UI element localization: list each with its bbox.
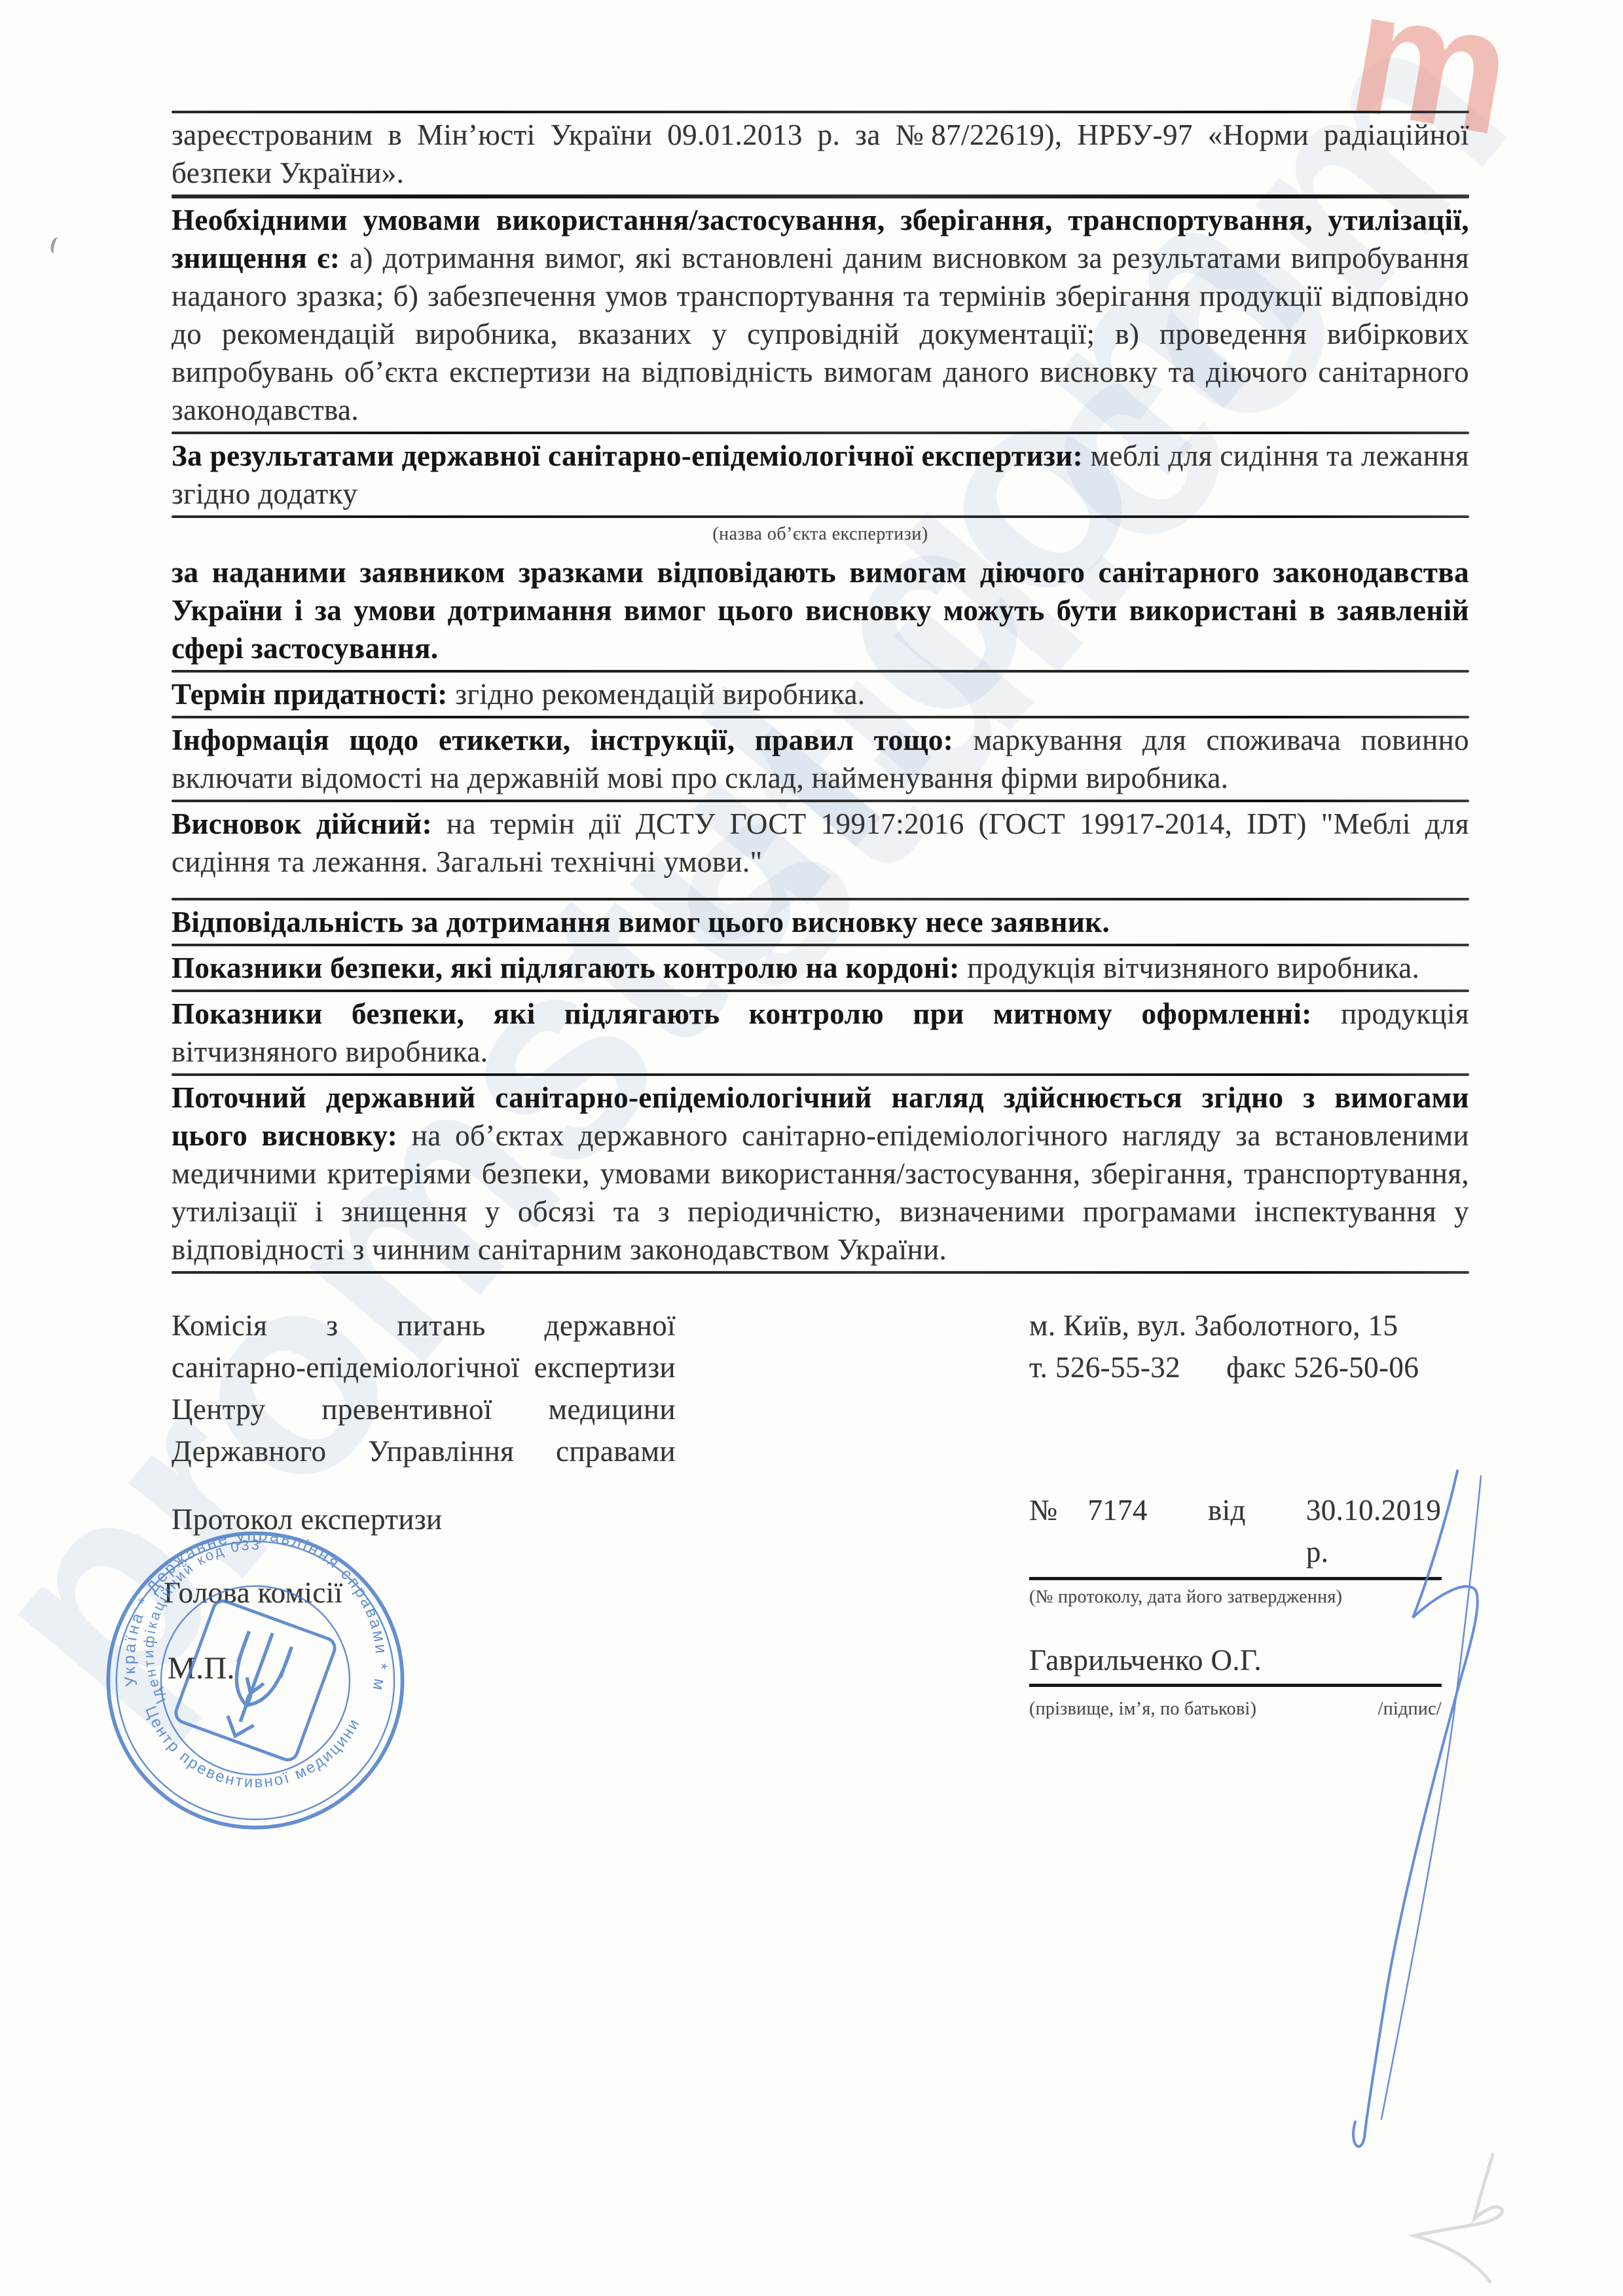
scan-artifact-mark <box>49 236 63 255</box>
commission-line: Центру превентивної медицини <box>172 1388 676 1430</box>
shelf-life-value: згідно рекомендацій виробника. <box>455 678 865 711</box>
section-divider <box>172 670 1469 673</box>
section-divider <box>172 944 1469 946</box>
section-divider <box>172 990 1469 992</box>
svg-text:Ідентифікаційний код 033: Ідентифікаційний код 033 <box>140 1536 261 1707</box>
validity-label: Висновок дійсний: <box>172 807 432 840</box>
name-caption: (прізвище, ім’я, по батькові) <box>1029 1697 1256 1721</box>
stamp-inner-arc-text: Ідентифікаційний код 033 <box>140 1536 261 1707</box>
border-control-value: продукція вітчизняного виробника. <box>967 952 1419 984</box>
paragraph-border-control: Показники безпеки, які підлягають контро… <box>172 949 1469 987</box>
commission-line: санітарно-епідеміологічної експертизи <box>172 1346 676 1388</box>
object-name-caption: (назва об’єкта експертизи) <box>172 522 1469 547</box>
protocol-vid: від <box>1208 1489 1246 1531</box>
phone-number: т. 526-55-32 <box>1029 1346 1180 1388</box>
paragraph-label-info: Інформація щодо етикетки, інструкції, пр… <box>172 721 1469 797</box>
section-divider <box>172 194 1469 198</box>
results-label: За результатами державної санітарно-епід… <box>172 439 1083 472</box>
paragraph-expertise-results: За результатами державної санітарно-епід… <box>172 437 1469 513</box>
commission-block: Комісія з питань державної санітарно-епі… <box>172 1305 676 1472</box>
fax-number: факс 526-50-06 <box>1226 1346 1419 1388</box>
address-line: м. Київ, вул. Заболотного, 15 <box>1029 1305 1469 1346</box>
paragraph-conditions: Необхідними умовами використання/застосу… <box>172 201 1469 429</box>
conditions-value: а) дотримання вимог, які встановлені дан… <box>172 242 1469 426</box>
protocol-no-sign: № <box>1029 1489 1057 1531</box>
official-round-stamp: Україна * Державне управління справами *… <box>98 1523 412 1838</box>
paragraph-current-supervision: Поточний державний санітарно-епідеміолог… <box>172 1079 1469 1268</box>
handwritten-signature <box>1296 1460 1558 2181</box>
address-block: м. Київ, вул. Заболотного, 15 т. 526-55-… <box>1029 1305 1469 1388</box>
section-divider <box>172 111 1469 113</box>
phone-fax-row: т. 526-55-32 факс 526-50-06 <box>1029 1346 1469 1388</box>
stamp-diamond <box>173 1598 337 1762</box>
paragraph-responsibility: Відповідальність за дотримання вимог цьо… <box>172 903 1469 941</box>
section-divider <box>172 716 1469 718</box>
section-divider <box>172 800 1469 802</box>
paragraph-samples: за наданими заявником зразками відповіда… <box>172 553 1469 667</box>
section-divider <box>172 515 1469 518</box>
responsibility-text: Відповідальність за дотримання вимог цьо… <box>172 906 1110 938</box>
section-divider <box>172 432 1469 434</box>
scanned-document-page: promstul.com stul.com m зареєстрованим в… <box>0 0 1623 2296</box>
faint-pen-scribble <box>1395 2148 1565 2286</box>
section-divider <box>172 898 1469 900</box>
commission-line: Державного Управління справами <box>172 1430 676 1472</box>
section-divider <box>172 1073 1469 1076</box>
paragraph-customs-control: Показники безпеки, які підлягають контро… <box>172 995 1469 1071</box>
label-info-label: Інформація щодо етикетки, інструкції, пр… <box>172 724 953 756</box>
trident-icon <box>213 1625 294 1744</box>
shelf-life-label: Термін придатності: <box>172 678 448 711</box>
customs-control-label: Показники безпеки, які підлягають контро… <box>172 997 1312 1030</box>
paragraph-validity: Висновок дійсний: на термін дії ДСТУ ГОС… <box>172 805 1469 881</box>
border-control-label: Показники безпеки, які підлягають контро… <box>172 952 960 984</box>
registration-text: зареєстрованим в Мін’юсті України 09.01.… <box>172 119 1469 189</box>
protocol-number: 7174 <box>1087 1489 1148 1531</box>
document-body: зареєстрованим в Мін’юсті України 09.01.… <box>172 109 1469 1276</box>
samples-text: за наданими заявником зразками відповіда… <box>172 556 1469 665</box>
paragraph-shelf-life: Термін придатності: згідно рекомендацій … <box>172 675 1469 713</box>
paragraph-registration: зареєстрованим в Мін’юсті України 09.01.… <box>172 116 1469 192</box>
commission-line: Комісія з питань державної <box>172 1305 676 1346</box>
section-divider <box>172 1271 1469 1274</box>
